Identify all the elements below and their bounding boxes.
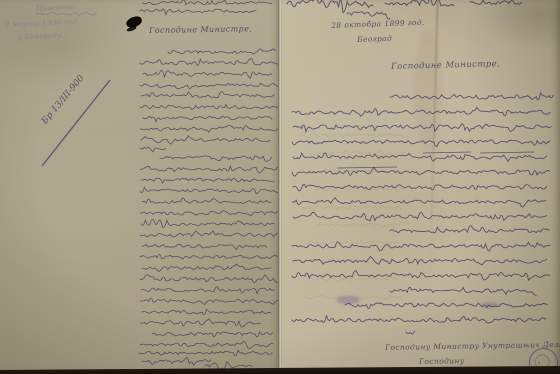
page-seam-edge <box>278 0 282 372</box>
pencil-note-line1: Поверено <box>36 3 75 13</box>
letter-place: Београд <box>357 34 392 44</box>
right-page-sheet <box>281 0 560 370</box>
document-photo: Поверено 8 марта 1900 год. у Београду. Б… <box>0 0 560 374</box>
salutation-left-page: Господине Министре, <box>149 24 252 35</box>
archival-number-note: Бр 13/III-900 <box>32 76 128 176</box>
closing-address-line2: Господину <box>419 356 465 366</box>
left-page-sheet <box>0 0 281 372</box>
